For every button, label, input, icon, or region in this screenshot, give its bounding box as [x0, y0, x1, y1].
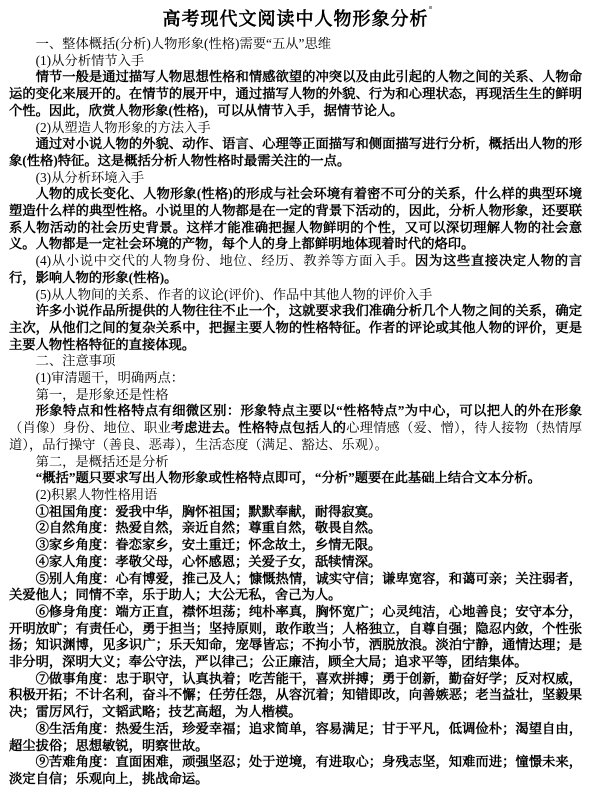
text-run: ⑥修身角度：端方正直，襟怀坦荡；纯朴率真，胸怀宽广；心灵纯洁，心地善良；安守本分…	[9, 604, 582, 669]
paragraph: 第二，是概括还是分析	[9, 454, 582, 471]
text-run: ②自然角度：热爱自然，亲近自然；尊重自然，敬畏自然。	[36, 520, 382, 535]
text-run: ⑧生活角度：热爱生活，珍爱幸福；追求简单，容易满足；甘于平凡，低调俭朴；渴望自由…	[9, 721, 582, 753]
paragraph: ④家人角度：孝敬父母，心怀感恩；关爱子女，舐犊情深。	[9, 554, 582, 571]
text-run: “概括”题只要求写出人物形象或性格特点即可，“分析”题要在此基础上结合文本分析。	[36, 470, 541, 485]
paragraph: “概括”题只要求写出人物形象或性格特点即可，“分析”题要在此基础上结合文本分析。	[9, 470, 582, 487]
paragraph: ①祖国角度：爱我中华，胸怀祖国；默默奉献，耐得寂寞。	[9, 504, 582, 521]
paragraph: 许多小说作品所提供的人物往往不止一个，这就要求我们准确分析几个人物之间的关系，确…	[9, 303, 582, 353]
document-page: 高考现代文阅读中人物形象分析 一、整体概括(分析)人物形象(性格)需要“五从”思…	[0, 0, 590, 795]
paragraph: (5)从人物间的关系、作者的议论(评价)、作品中其他人物的评价入手	[9, 287, 582, 304]
page-title: 高考现代文阅读中人物形象分析	[9, 7, 582, 31]
paragraph: (1)审清题干，明确两点：	[9, 370, 582, 387]
text-run: 第二，是概括还是分析	[36, 454, 169, 469]
paragraph: 人物的成长变化、人物形象(性格)的形成与社会环境有着密不可分的关系，什么样的典型…	[9, 186, 582, 253]
paragraph: 情节一般是通过描写人物思想性格和情感欲望的冲突以及由此引起的人物之间的关系、人物…	[9, 69, 582, 119]
paragraph: (3)从分析环境入手	[9, 170, 582, 187]
text-run: 许多小说作品所提供的人物往往不止一个，这就要求我们准确分析几个人物之间的关系，确…	[9, 303, 582, 351]
text-run: 人物的成长变化、人物形象(性格)的形成与社会环境有着密不可分的关系，什么样的典型…	[9, 186, 582, 251]
text-run: 二、注意事项	[36, 353, 116, 368]
text-run: (2)从塑造人物形象的方法入手	[36, 120, 211, 135]
paragraph: ③家乡角度：眷恋家乡，安土重迁；怀念故土，乡情无限。	[9, 537, 582, 554]
paragraph: 通过对小说人物的外貌、动作、语言、心理等正面描写和侧面描写进行分析，概括出人物的…	[9, 136, 582, 169]
text-run: ①祖国角度：爱我中华，胸怀祖国；默默奉献，耐得寂寞。	[36, 504, 382, 519]
text-run: ⑨苦难角度：直面困难，顽强坚忍；处于逆境，有进取心；身残志坚，知难而进；憧憬未来…	[9, 754, 582, 786]
text-run: (4)从小说中交代的人物身份、地位、经历、教养等方面入手。	[36, 253, 415, 268]
paragraph: ⑧生活角度：热爱生活，珍爱幸福；追求简单，容易满足；甘于平凡，低调俭朴；渴望自由…	[9, 721, 582, 754]
text-run: (3)从分析环境入手	[36, 170, 145, 185]
paragraph: 第一，是形象还是性格	[9, 387, 582, 404]
text-run: （肖像）身份、地位、职业	[9, 420, 171, 435]
text-run: ④家人角度：孝敬父母，心怀感恩；关爱子女，舐犊情深。	[36, 554, 382, 569]
paragraph: ⑦做事角度：忠于职守，认真执着；吃苦能干，喜欢拼搏；勇于创新，勤奋好学；反对权威…	[9, 671, 582, 721]
text-run: 考虑进去。性格特点包括人的	[171, 420, 346, 435]
text-run: 通过对小说人物的外貌、动作、语言、心理等正面描写和侧面描写进行分析，概括出人物的…	[9, 136, 582, 168]
paragraph: 一、整体概括(分析)人物形象(性格)需要“五从”思维	[9, 36, 582, 53]
text-run: ⑤别人角度：心有博爱，推己及人；慷慨热情，诚实守信；谦卑宽容，和蔼可亲；关注弱者…	[9, 571, 582, 603]
document-body: 一、整体概括(分析)人物形象(性格)需要“五从”思维(1)从分析情节入手情节一般…	[9, 36, 582, 788]
paragraph: ⑨苦难角度：直面困难，顽强坚忍；处于逆境，有进取心；身残志坚，知难而进；憧憬未来…	[9, 754, 582, 787]
paragraph: (4)从小说中交代的人物身份、地位、经历、教养等方面入手。因为这些直接决定人物的…	[9, 253, 582, 286]
paragraph: (1)从分析情节入手	[9, 53, 582, 70]
text-run: (1)审清题干，明确两点：	[36, 370, 184, 385]
text-run: ⑦做事角度：忠于职守，认真执着；吃苦能干，喜欢拼搏；勇于创新，勤奋好学；反对权威…	[9, 671, 582, 719]
text-run: 一、整体概括(分析)人物形象(性格)需要“五从”思维	[36, 36, 331, 51]
stray-mark	[429, 6, 432, 9]
paragraph: (2)积累人物性格用语	[9, 487, 582, 504]
paragraph: 形象特点和性格特点有细微区别：形象特点主要以“性格特点”为中心，可以把人的外在形…	[9, 403, 582, 453]
text-run: 情节一般是通过描写人物思想性格和情感欲望的冲突以及由此引起的人物之间的关系、人物…	[9, 69, 582, 117]
text-run: (2)积累人物性格用语	[36, 487, 158, 502]
text-run: 形象特点和性格特点有细微区别：形象特点主要以“性格特点”为中心，可以把人的外在形…	[36, 403, 582, 418]
paragraph: ②自然角度：热爱自然，亲近自然；尊重自然，敬畏自然。	[9, 520, 582, 537]
text-run: (1)从分析情节入手	[36, 53, 145, 68]
text-run: (5)从人物间的关系、作者的议论(评价)、作品中其他人物的评价入手	[36, 287, 433, 302]
paragraph: ⑥修身角度：端方正直，襟怀坦荡；纯朴率真，胸怀宽广；心灵纯洁，心地善良；安守本分…	[9, 604, 582, 671]
text-run: 第一，是形象还是性格	[36, 387, 169, 402]
paragraph: (2)从塑造人物形象的方法入手	[9, 120, 582, 137]
text-run: ③家乡角度：眷恋家乡，安土重迁；怀念故土，乡情无限。	[36, 537, 382, 552]
paragraph: 二、注意事项	[9, 353, 582, 370]
paragraph: ⑤别人角度：心有博爱，推己及人；慷慨热情，诚实守信；谦卑宽容，和蔼可亲；关注弱者…	[9, 571, 582, 604]
